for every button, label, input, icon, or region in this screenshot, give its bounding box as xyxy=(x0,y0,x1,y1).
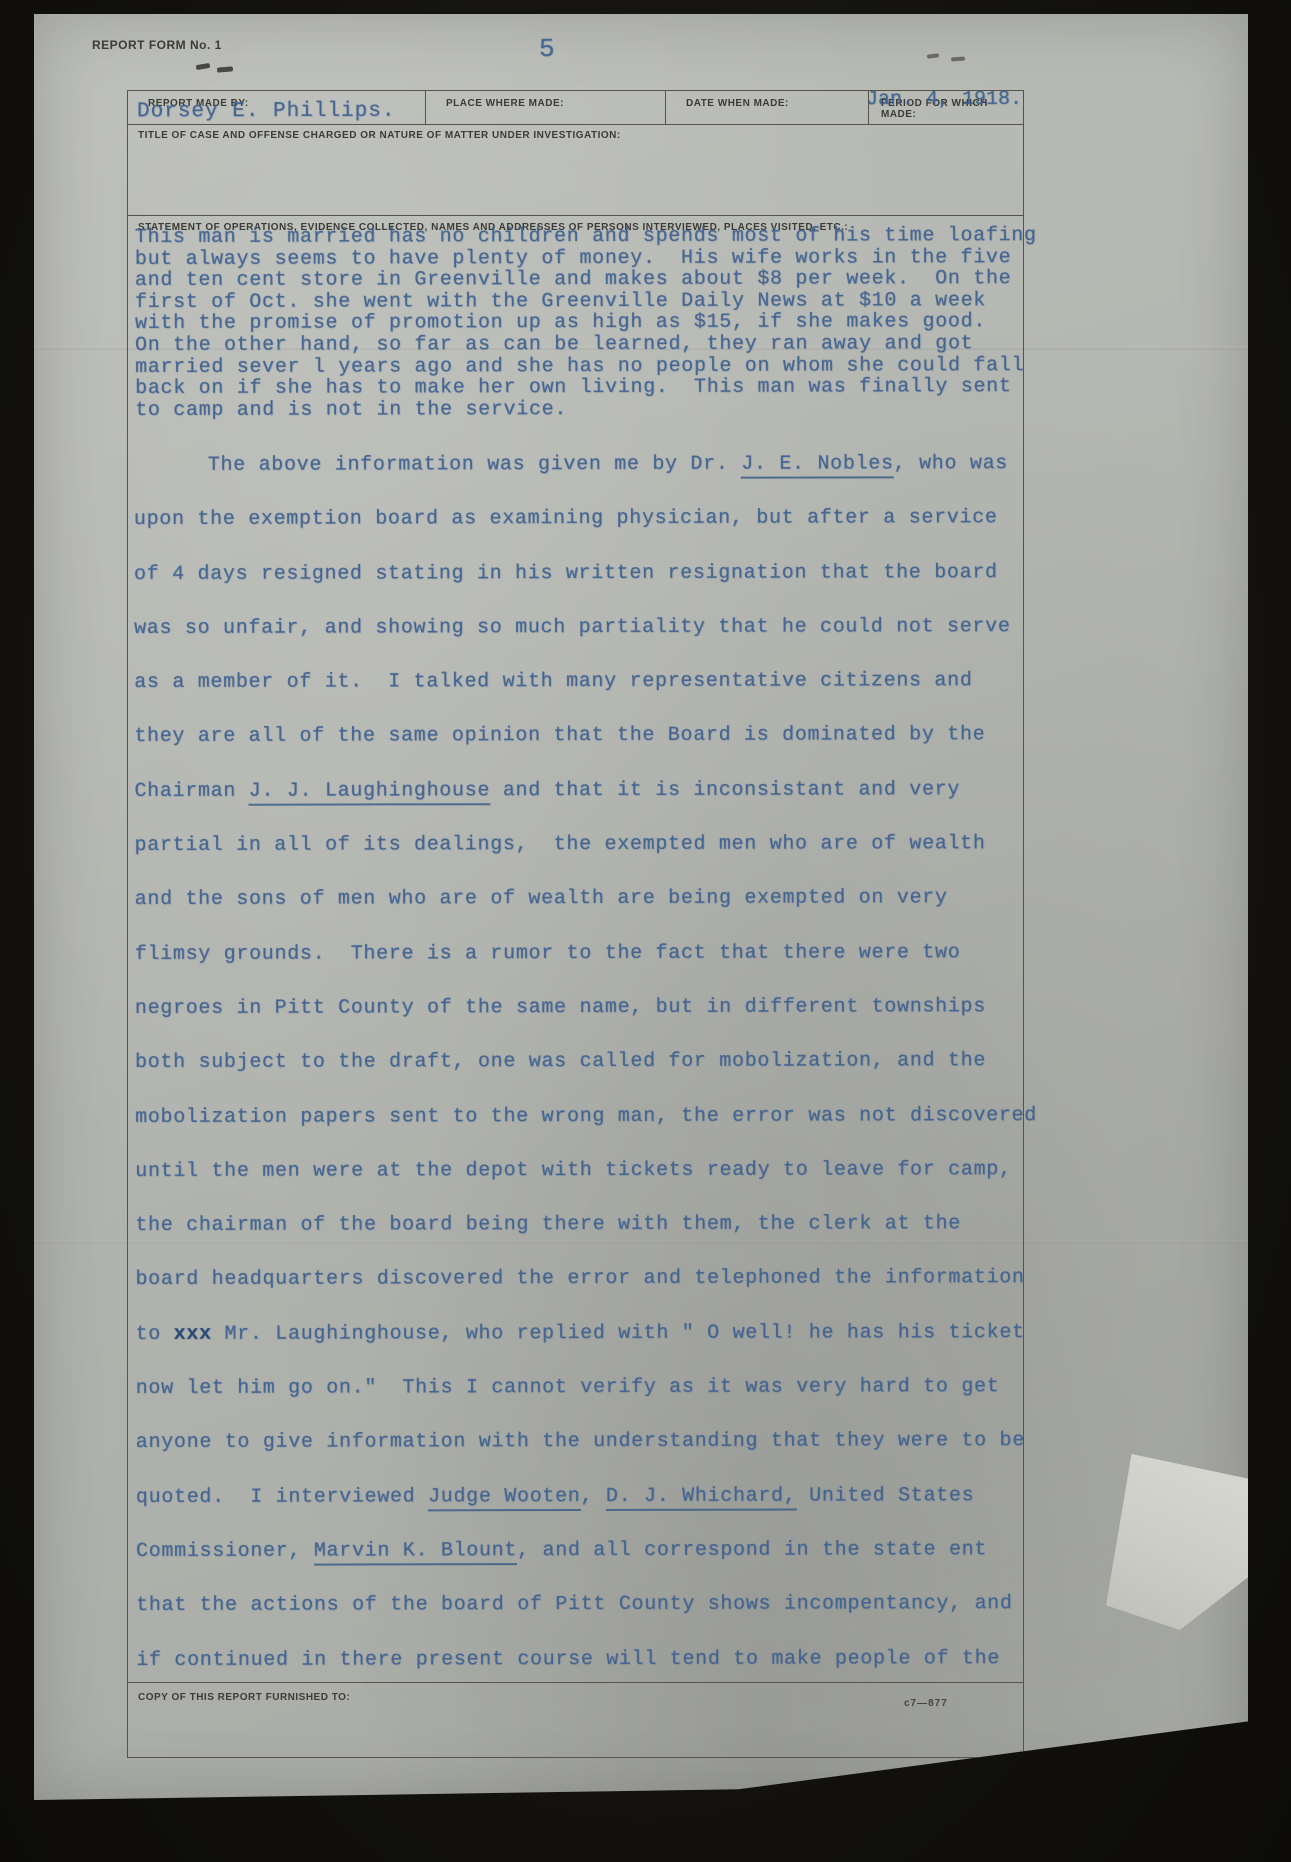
typed-line: This man is married has no children and … xyxy=(135,225,1037,248)
typed-line: both subject to the draft, one was calle… xyxy=(135,1034,1037,1090)
typed-line: partial in all of its dealings, the exem… xyxy=(134,817,1036,873)
typed-line: of 4 days resigned stating in his writte… xyxy=(134,546,1036,602)
typed-line: the chairman of the board being there wi… xyxy=(135,1197,1037,1253)
typed-line: Commissioner, Marvin K. Blount, and all … xyxy=(136,1523,1038,1579)
typed-line: they are all of the same opinion that th… xyxy=(134,709,1036,765)
pen-mark-icon xyxy=(217,66,233,72)
typed-line: and the sons of men who are of wealth ar… xyxy=(135,871,1037,927)
typed-line: to camp and is not in the service. xyxy=(135,398,1037,421)
pen-mark-icon xyxy=(927,53,939,58)
typed-line: until the men were at the depot with tic… xyxy=(135,1143,1037,1199)
typed-line: upon the exemption board as examining ph… xyxy=(134,491,1036,547)
paper-sheet: REPORT FORM No. 1 REPORT MADE BY: PLACE … xyxy=(34,14,1248,1800)
page-number: 5 xyxy=(539,34,555,64)
date-when-made-label: DATE WHEN MADE: xyxy=(666,91,869,124)
typed-line: mobolization papers sent to the wrong ma… xyxy=(135,1089,1037,1145)
scanned-document-screen: REPORT FORM No. 1 REPORT MADE BY: PLACE … xyxy=(0,0,1291,1862)
pen-mark-icon xyxy=(951,57,965,62)
typed-line: Chairman J. J. Laughinghouse and that it… xyxy=(134,763,1036,819)
pen-mark-icon xyxy=(196,63,211,70)
place-where-made-label: PLACE WHERE MADE: xyxy=(426,91,666,124)
typed-line: On the other hand, so far as can be lear… xyxy=(135,333,1037,356)
form-number-label: REPORT FORM No. 1 xyxy=(92,38,222,52)
typed-line: as a member of it. I talked with many re… xyxy=(134,654,1036,710)
typed-line: that the actions of the board of Pitt Co… xyxy=(136,1577,1038,1633)
typed-line: back on if she has to make her own livin… xyxy=(135,376,1037,399)
typed-line: and ten cent store in Greenville and mak… xyxy=(135,268,1037,291)
typed-line: flimsy grounds. There is a rumor to the … xyxy=(135,926,1037,982)
period-for-which-made-value: Jan. 4, 1918. xyxy=(866,88,1022,111)
form-print-code: c7—877 xyxy=(904,1698,948,1709)
typed-line: if continued in there present course wil… xyxy=(136,1632,1038,1688)
copy-furnished-label: COPY OF THIS REPORT FURNISHED TO: xyxy=(128,1683,1023,1756)
typed-line: board headquarters discovered the error … xyxy=(135,1252,1037,1308)
typed-line: now let him go on." This I cannot verify… xyxy=(136,1360,1038,1416)
typed-line: quoted. I interviewed Judge Wooten, D. J… xyxy=(136,1469,1038,1525)
typed-line: to xxx Mr. Laughinghouse, who replied wi… xyxy=(136,1306,1038,1362)
title-of-case-label: TITLE OF CASE AND OFFENSE CHARGED OR NAT… xyxy=(128,125,1023,216)
statement-paragraph-1: This man is married has no children and … xyxy=(135,225,1037,421)
typed-line: was so unfair, and showing so much parti… xyxy=(134,600,1036,656)
folded-corner xyxy=(1106,1454,1248,1630)
statement-paragraph-2: The above information was given me by Dr… xyxy=(134,437,1038,1688)
typed-line: The above information was given me by Dr… xyxy=(134,437,1036,493)
typed-line: anyone to give information with the unde… xyxy=(136,1414,1038,1470)
report-made-by-value: Dorsey E. Phillips. xyxy=(137,100,396,124)
typed-line: negroes in Pitt County of the same name,… xyxy=(135,980,1037,1036)
